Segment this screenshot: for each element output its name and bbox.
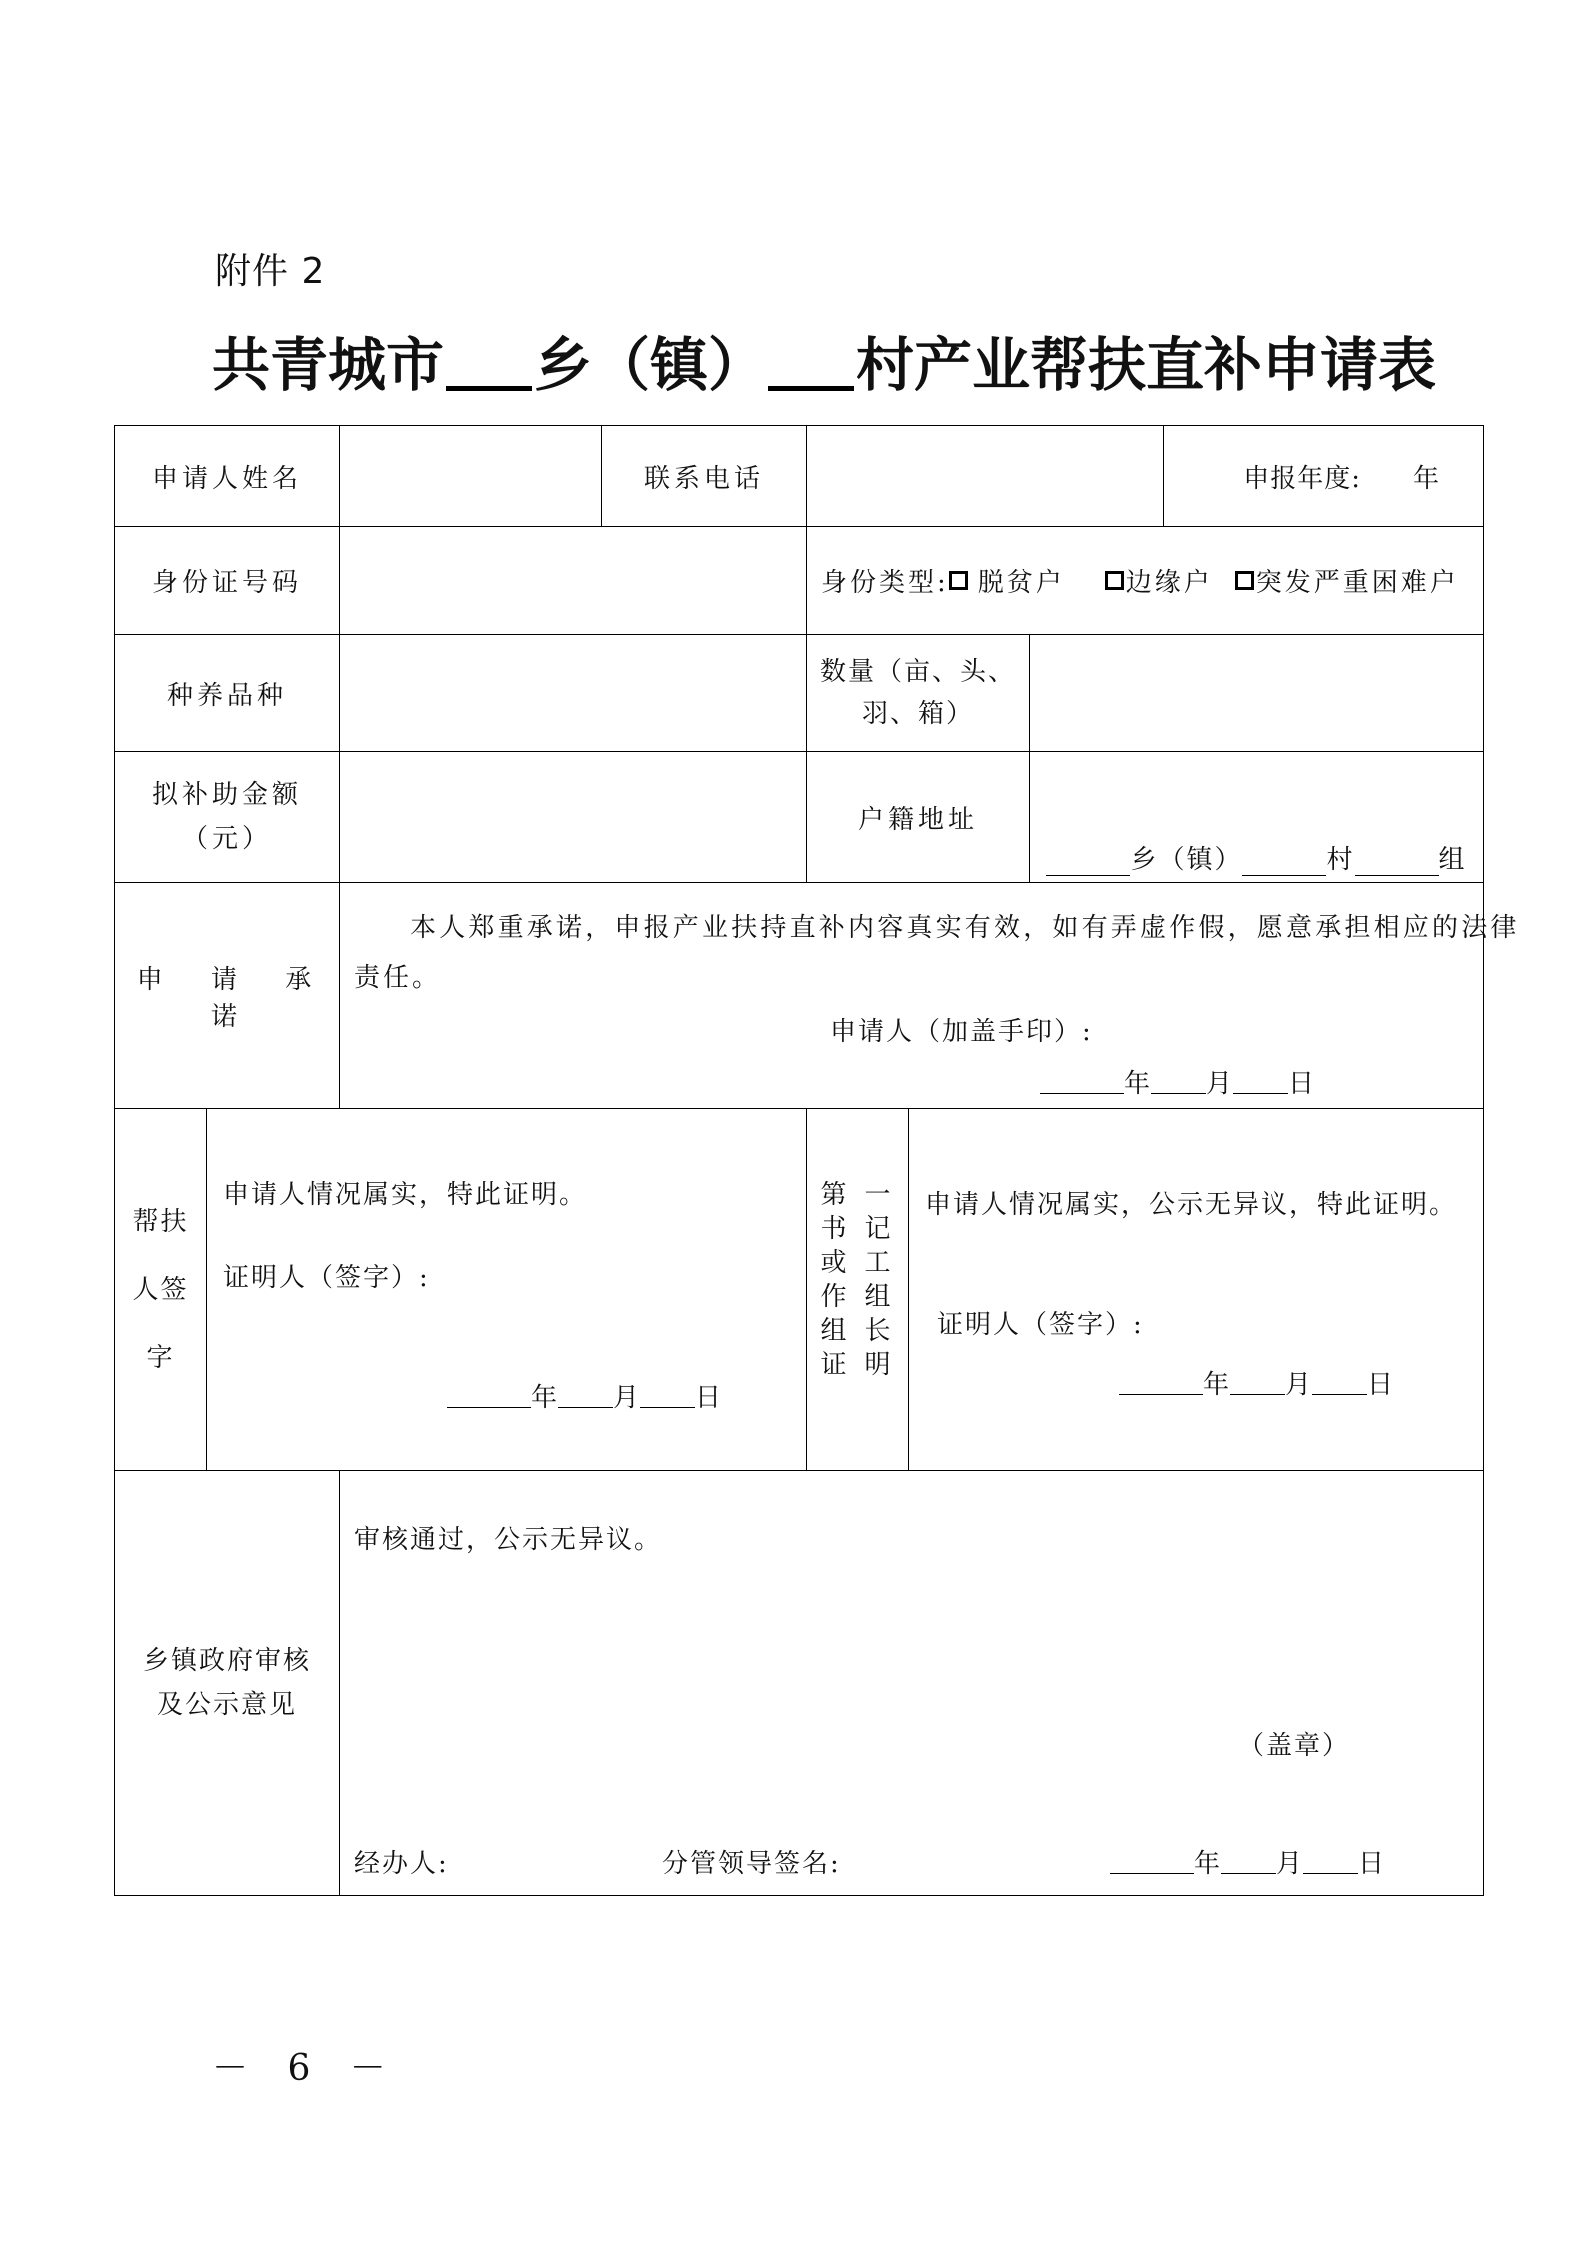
amount-field[interactable] (339, 751, 807, 883)
commitment-signer-label: 申请人（加盖手印）: (830, 1011, 1093, 1048)
year-label: 年 (1203, 1370, 1230, 1400)
commitment-cell: 本人郑重承诺，申报产业扶持直补内容真实有效，如有弄虚作假，愿意承担相应的法律 责… (339, 882, 1484, 1109)
secretary-label-char: 证 (820, 1348, 850, 1382)
secretary-label-char: 记 (865, 1212, 895, 1246)
helper-month-blank[interactable] (558, 1385, 613, 1408)
checkbox-tuopin[interactable] (949, 571, 968, 590)
id-number-field[interactable] (339, 526, 807, 635)
page-number: － 6 － (212, 2040, 400, 2091)
review-opinion: 审核通过，公示无异议。 (354, 1519, 662, 1556)
commitment-month-blank[interactable] (1151, 1071, 1206, 1094)
id-number-label: 身份证号码 (114, 526, 340, 635)
month-label: 月 (1285, 1370, 1312, 1400)
helper-label-line1: 帮扶 (132, 1188, 188, 1256)
title-town: 乡（镇） (534, 331, 766, 399)
amount-label-line1: 拟补助金额 (152, 773, 302, 817)
year-label: 年 (531, 1383, 558, 1413)
helper-year-blank[interactable] (447, 1385, 531, 1408)
secretary-month-blank[interactable] (1230, 1372, 1285, 1395)
township-label-line1: 乡镇政府审核 (143, 1639, 311, 1683)
address-field[interactable]: 乡（镇）村组 (1029, 751, 1484, 883)
commitment-date[interactable]: 年月日 (1040, 1063, 1315, 1100)
secretary-label-char: 作 (820, 1280, 850, 1314)
secretary-label-col1: 第 书 或 作 组 证 (820, 1178, 850, 1382)
phone-field[interactable] (806, 425, 1164, 527)
address-label: 户籍地址 (806, 751, 1030, 883)
day-label: 日 (1288, 1069, 1315, 1099)
month-label: 月 (613, 1383, 640, 1413)
township-label-line2: 及公示意见 (157, 1683, 297, 1727)
title-town-blank[interactable] (446, 336, 532, 391)
report-year-suffix: 年 (1413, 458, 1443, 495)
commitment-label: 申 请 承 诺 (114, 882, 340, 1109)
review-month-blank[interactable] (1221, 1851, 1276, 1874)
phone-label: 联系电话 (601, 425, 807, 527)
helper-statement: 申请人情况属实，特此证明。 (223, 1174, 587, 1211)
secretary-year-blank[interactable] (1119, 1372, 1203, 1395)
form-title: 共青城市乡（镇）村产业帮扶直补申请表 (212, 318, 1436, 402)
address-group-blank[interactable] (1355, 853, 1439, 876)
secretary-signer-label: 证明人（签字）: (937, 1304, 1144, 1341)
helper-label-line2: 人签 (132, 1256, 188, 1324)
quantity-field[interactable] (1029, 634, 1484, 752)
checkbox-tufa[interactable] (1235, 571, 1254, 590)
handler-label: 经办人: (354, 1843, 449, 1880)
secretary-label-char: 或 (820, 1246, 850, 1280)
quantity-label-line2: 羽、箱） (862, 693, 974, 735)
report-year-cell[interactable]: 申报年度: 年 (1163, 425, 1484, 527)
identity-type-label: 身份类型: (821, 562, 949, 599)
title-rest: 村产业帮扶直补申请表 (856, 331, 1436, 399)
review-year-blank[interactable] (1110, 1851, 1194, 1874)
amount-label: 拟补助金额 （元） (114, 751, 340, 883)
secretary-label-char: 长 (865, 1314, 895, 1348)
commitment-text-line1: 本人郑重承诺，申报产业扶持直补内容真实有效，如有弄虚作假，愿意承担相应的法律 (410, 907, 1520, 944)
commitment-year-blank[interactable] (1040, 1071, 1124, 1094)
secretary-label-char: 第 (820, 1178, 850, 1212)
secretary-label-char: 明 (865, 1348, 895, 1382)
quantity-label: 数量（亩、头、 羽、箱） (806, 634, 1030, 752)
secretary-label: 第 书 或 作 组 证 一 记 工 组 长 明 (806, 1108, 909, 1471)
address-group-suffix: 组 (1439, 839, 1467, 876)
secretary-label-char: 书 (820, 1212, 850, 1246)
variety-label: 种养品种 (114, 634, 340, 752)
secretary-label-col2: 一 记 工 组 长 明 (865, 1178, 895, 1382)
title-village-blank[interactable] (768, 336, 854, 391)
variety-field[interactable] (339, 634, 807, 752)
month-label: 月 (1276, 1849, 1303, 1879)
helper-signature-cell[interactable]: 申请人情况属实，特此证明。 证明人（签字）: 年月日 (206, 1108, 807, 1471)
checkbox-bianyuan[interactable] (1105, 571, 1124, 590)
report-year-label: 申报年度: (1243, 458, 1361, 495)
address-town-blank[interactable] (1046, 853, 1130, 876)
seal-label: （盖章） (1238, 1725, 1350, 1762)
review-date[interactable]: 年月日 (1110, 1843, 1385, 1880)
option-tuopin-label: 脱贫户 (978, 562, 1065, 599)
applicant-name-label: 申请人姓名 (114, 425, 340, 527)
helper-signer-label: 证明人（签字）: (223, 1257, 430, 1294)
month-label: 月 (1206, 1069, 1233, 1099)
helper-day-blank[interactable] (640, 1385, 695, 1408)
identity-type-cell: 身份类型: 脱贫户 边缘户 突发严重困难户 (806, 526, 1484, 635)
option-tufa-label: 突发严重困难户 (1256, 562, 1459, 599)
secretary-label-char: 组 (820, 1314, 850, 1348)
helper-date[interactable]: 年月日 (447, 1377, 722, 1414)
title-city: 共青城市 (212, 331, 444, 399)
attachment-label: 附件 2 (215, 243, 325, 294)
secretary-label-char: 组 (865, 1280, 895, 1314)
secretary-day-blank[interactable] (1312, 1372, 1367, 1395)
quantity-label-line1: 数量（亩、头、 (820, 651, 1016, 693)
township-review-cell[interactable]: 审核通过，公示无异议。 （盖章） 经办人: 分管领导签名: 年月日 (339, 1470, 1484, 1896)
amount-label-line2: （元） (182, 817, 272, 861)
leader-signature-label: 分管领导签名: (662, 1843, 841, 1880)
year-label: 年 (1124, 1069, 1151, 1099)
year-label: 年 (1194, 1849, 1221, 1879)
day-label: 日 (1367, 1370, 1394, 1400)
helper-label-line3: 字 (146, 1324, 174, 1392)
secretary-date[interactable]: 年月日 (1119, 1364, 1394, 1401)
secretary-label-char: 一 (865, 1178, 895, 1212)
day-label: 日 (695, 1383, 722, 1413)
review-day-blank[interactable] (1303, 1851, 1358, 1874)
secretary-statement: 申请人情况属实，公示无异议，特此证明。 (925, 1184, 1457, 1221)
address-town-suffix: 乡（镇） (1130, 839, 1242, 876)
helper-signature-label: 帮扶 人签 字 (114, 1108, 207, 1471)
secretary-signature-cell[interactable]: 申请人情况属实，公示无异议，特此证明。 证明人（签字）: 年月日 (908, 1108, 1484, 1471)
option-bianyuan-label: 边缘户 (1126, 562, 1213, 599)
address-village-suffix: 村 (1326, 839, 1354, 876)
address-village-blank[interactable] (1242, 853, 1326, 876)
secretary-label-char: 工 (865, 1246, 895, 1280)
day-label: 日 (1358, 1849, 1385, 1879)
applicant-name-field[interactable] (339, 425, 602, 527)
commitment-text-line2: 责任。 (354, 957, 441, 994)
commitment-day-blank[interactable] (1233, 1071, 1288, 1094)
township-review-label: 乡镇政府审核 及公示意见 (114, 1470, 340, 1896)
